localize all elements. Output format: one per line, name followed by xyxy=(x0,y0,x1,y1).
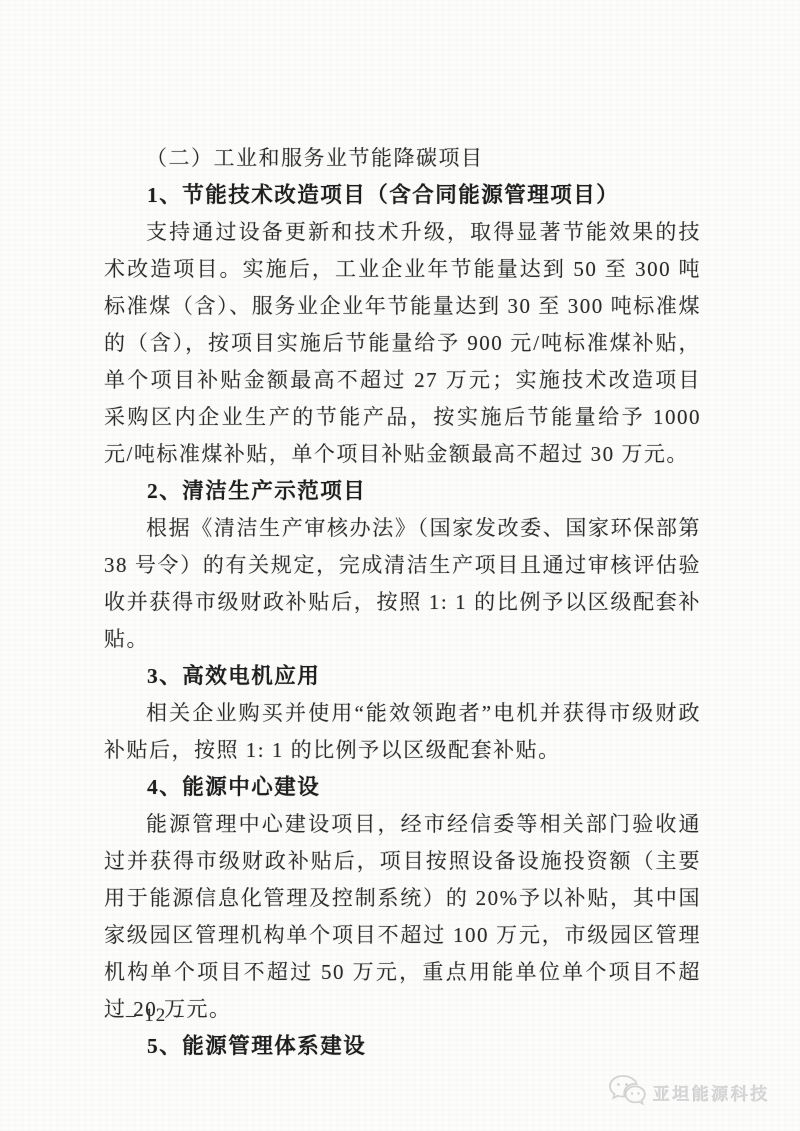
item-4-heading: 4、能源中心建设 xyxy=(104,769,701,806)
item-1-heading: 1、节能技术改造项目（含合同能源管理项目） xyxy=(104,177,701,214)
item-3-body: 相关企业购买并使用“能效领跑者”电机并获得市级财政补贴后，按照 1: 1 的比例… xyxy=(104,695,701,769)
document-page: （二）工业和服务业节能降碳项目 1、节能技术改造项目（含合同能源管理项目） 支持… xyxy=(0,0,800,1131)
section-heading: （二）工业和服务业节能降碳项目 xyxy=(104,140,701,177)
watermark: 亚坦能源科技 xyxy=(608,1074,770,1111)
watermark-text: 亚坦能源科技 xyxy=(653,1080,770,1105)
wechat-icon xyxy=(608,1074,646,1111)
document-body: （二）工业和服务业节能降碳项目 1、节能技术改造项目（含合同能源管理项目） 支持… xyxy=(104,140,701,1065)
item-1-body: 支持通过设备更新和技术升级，取得显著节能效果的技术改造项目。实施后，工业企业年节… xyxy=(104,214,701,473)
page-number: – 12 – xyxy=(126,1005,186,1027)
item-3-heading: 3、高效电机应用 xyxy=(104,658,701,695)
item-4-body: 能源管理中心建设项目，经市经信委等相关部门验收通过并获得市级财政补贴后，项目按照… xyxy=(104,806,701,1028)
item-5-heading: 5、能源管理体系建设 xyxy=(104,1028,701,1065)
item-2-heading: 2、清洁生产示范项目 xyxy=(104,473,701,510)
item-2-body: 根据《清洁生产审核办法》（国家发改委、国家环保部第 38 号令）的有关规定，完成… xyxy=(104,510,701,658)
